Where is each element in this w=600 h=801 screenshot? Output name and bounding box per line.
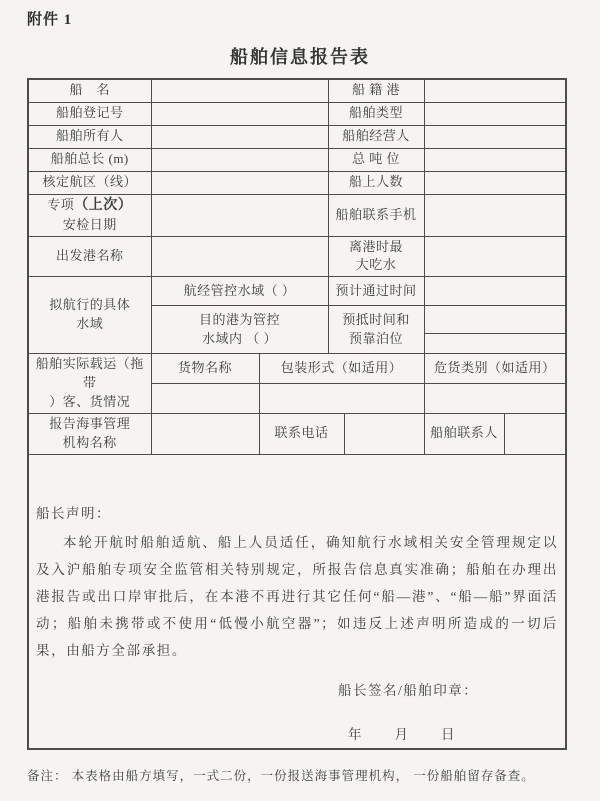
label-contact-phone: 联系电话 (259, 413, 344, 454)
label-ship-type: 船舶类型 (328, 102, 424, 125)
label-report-agency: 报告海事管理 机构名称 (28, 413, 151, 454)
row-via-controlled: 拟航行的具体 水域 航经管控水域（ ） 预计通过时间 (28, 277, 566, 306)
label-last-inspection: 专项（上次）安检日期 (28, 194, 151, 236)
value-cell-length (151, 148, 328, 171)
value-cell-departure-port (151, 236, 328, 277)
attachment-label: 附件 1 (27, 8, 573, 29)
label-gross-tonnage: 总 吨 位 (328, 148, 424, 171)
label-inspection-prefix: 专项 (47, 197, 74, 212)
row-length: 船舶总长 (m) 总 吨 位 (28, 148, 566, 171)
declaration-body: 本轮开航时船舶适航、船上人员适任，确知航行水域相关安全管理规定以及入沪船舶专项安… (36, 529, 558, 664)
label-packaging-form: 包装形式（如适用） (259, 354, 424, 383)
form-title: 船舶信息报告表 (27, 43, 573, 69)
row-inspection: 专项（上次）安检日期 船舶联系手机 (28, 194, 566, 236)
document-page: 附件 1 船舶信息报告表 船 名 船 籍 港 船舶登记号 船舶类型 船舶所有人 (0, 0, 600, 801)
value-cell-owner (151, 125, 328, 148)
signature-label: 船长签名/船舶印章： (338, 681, 558, 701)
label-approved-nav-area: 核定航区（线） (28, 171, 151, 194)
value-cell-eta-2 (424, 334, 566, 354)
label-max-draft: 离港时最 大吃水 (328, 236, 424, 277)
value-cell-approved-nav-area (151, 171, 328, 194)
value-cell-expected-transit-time (424, 277, 566, 306)
label-eta-and-berth: 预抵时间和 预靠泊位 (328, 306, 424, 354)
label-ship-name: 船 名 (28, 79, 151, 102)
value-cell-cargo-name (151, 383, 259, 413)
label-operator: 船舶经营人 (328, 125, 424, 148)
value-cell-contact-mobile (424, 194, 566, 236)
label-dest-controlled-waters: 目的港为管控 水域内 （ ） (151, 306, 328, 354)
label-planned-waters: 拟航行的具体 水域 (28, 277, 151, 354)
row-report-agency: 报告海事管理 机构名称 联系电话 船舶联系人 (28, 413, 566, 454)
value-cell-max-draft (424, 236, 566, 277)
label-departure-port: 出发港名称 (28, 236, 151, 277)
value-cell-ship-name (151, 79, 328, 102)
label-registration-no: 船舶登记号 (28, 102, 151, 125)
value-cell-last-inspection (151, 194, 328, 236)
label-ship-contact: 船舶联系人 (424, 413, 504, 454)
label-cargo-name: 货物名称 (151, 354, 259, 383)
label-inspection-suffix: 安检日期 (63, 217, 117, 232)
row-registration: 船舶登记号 船舶类型 (28, 102, 566, 125)
label-dg-category: 危货类别（如适用） (424, 354, 566, 383)
row-declaration: 船长声明： 本轮开航时船舶适航、船上人员适任，确知航行水域相关安全管理规定以及入… (28, 454, 566, 749)
label-owner: 船舶所有人 (28, 125, 151, 148)
declaration-cell: 船长声明： 本轮开航时船舶适航、船上人员适任，确知航行水域相关安全管理规定以及入… (28, 454, 566, 749)
value-cell-registration-no (151, 102, 328, 125)
label-expected-transit-time: 预计通过时间 (328, 277, 424, 306)
value-cell-gross-tonnage (424, 148, 566, 171)
value-cell-eta-1 (424, 306, 566, 334)
ship-info-table: 船 名 船 籍 港 船舶登记号 船舶类型 船舶所有人 船舶经营人 船舶总长 (m… (27, 78, 567, 750)
label-contact-mobile: 船舶联系手机 (328, 194, 424, 236)
footer-note: 备注： 本表格由船方填写，一式二份，一份报送海事管理机构， 一份船舶留存备查。 (27, 766, 573, 784)
value-cell-packaging-form (259, 383, 424, 413)
value-cell-registry-port (424, 79, 566, 102)
value-cell-report-agency (151, 413, 259, 454)
label-registry-port: 船 籍 港 (328, 79, 424, 102)
label-persons-on-board: 船上人数 (328, 171, 424, 194)
value-cell-ship-type (424, 102, 566, 125)
row-owner: 船舶所有人 船舶经营人 (28, 125, 566, 148)
row-ship-name: 船 名 船 籍 港 (28, 79, 566, 102)
value-cell-ship-contact (504, 413, 566, 454)
label-via-controlled-waters: 航经管控水域（ ） (151, 277, 328, 306)
label-length: 船舶总长 (m) (28, 148, 151, 171)
declaration-heading: 船长声明： (36, 504, 558, 524)
label-cargo-situation: 船舶实际载运（拖带 ）客、货情况 (28, 354, 151, 414)
value-cell-persons-on-board (424, 171, 566, 194)
label-inspection-bold: （上次） (74, 198, 132, 213)
value-cell-contact-phone (344, 413, 424, 454)
row-cargo-headers: 船舶实际载运（拖带 ）客、货情况 货物名称 包装形式（如适用） 危货类别（如适用… (28, 354, 566, 383)
value-cell-operator (424, 125, 566, 148)
row-nav-area: 核定航区（线） 船上人数 (28, 171, 566, 194)
row-departure-port: 出发港名称 离港时最 大吃水 (28, 236, 566, 277)
value-cell-dg-category (424, 383, 566, 413)
date-label: 年 月 日 (348, 725, 558, 745)
